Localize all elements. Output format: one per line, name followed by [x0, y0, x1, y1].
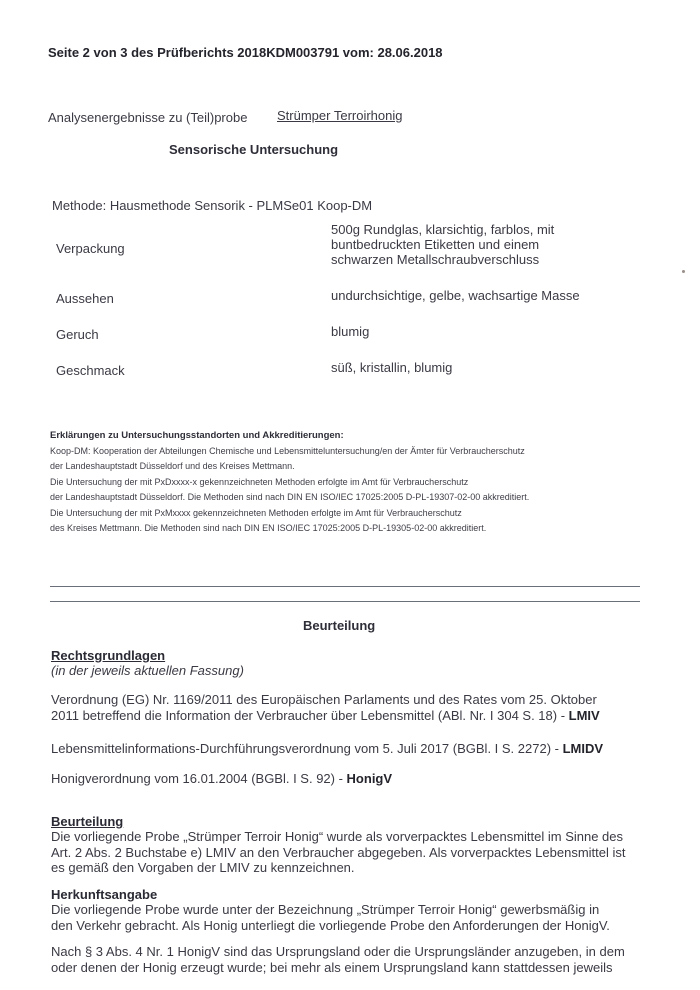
origin-heading: Herkunftsangabe: [51, 887, 157, 902]
legal-item-lmiv: Verordnung (EG) Nr. 1169/2011 des Europä…: [51, 692, 600, 723]
legal-line: Lebensmittelinformations-Durchführungsve…: [51, 741, 563, 756]
row-label-geruch: Geruch: [56, 327, 99, 342]
sample-name: Strümper Terroirhonig: [277, 108, 402, 123]
notes-line: Koop-DM: Kooperation der Abteilungen Che…: [50, 444, 529, 460]
origin-text: Die vorliegende Probe wurde unter der Be…: [51, 902, 610, 933]
legal-abbr: HonigV: [347, 771, 393, 786]
analysis-label: Analysenergebnisse zu (Teil)probe: [48, 110, 247, 125]
legal-basis-note: (in der jeweils aktuellen Fassung): [51, 663, 244, 678]
accreditation-notes: Erklärungen zu Untersuchungsstandorten u…: [50, 428, 529, 537]
legal-abbr: LMIV: [569, 708, 600, 723]
value-line: 500g Rundglas, klarsichtig, farblos, mit: [331, 222, 554, 237]
text-line: Die vorliegende Probe wurde unter der Be…: [51, 902, 610, 918]
legal-basis-heading: Rechtsgrundlagen: [51, 648, 165, 663]
scan-speck: [682, 270, 685, 273]
text-line: den Verkehr gebracht. Als Honig unterlie…: [51, 918, 610, 934]
row-value-geschmack: süß, kristallin, blumig: [331, 360, 452, 375]
row-label-geschmack: Geschmack: [56, 363, 125, 378]
value-line: schwarzen Metallschraubverschluss: [331, 252, 554, 267]
notes-line: Die Untersuchung der mit PxDxxxx-x geken…: [50, 475, 529, 491]
legal-line: 2011 betreffend die Information der Verb…: [51, 708, 569, 723]
notes-title: Erklärungen zu Untersuchungsstandorten u…: [50, 428, 529, 444]
notes-line: der Landeshauptstadt Düsseldorf und des …: [50, 459, 529, 475]
legal-item-honigv: Honigverordnung vom 16.01.2004 (BGBl. I …: [51, 771, 392, 787]
text-line: oder denen der Honig erzeugt wurde; bei …: [51, 960, 625, 976]
page-header: Seite 2 von 3 des Prüfberichts 2018KDM00…: [48, 45, 443, 60]
row-label-verpackung: Verpackung: [56, 241, 125, 256]
value-line: buntbedruckten Etiketten und einem: [331, 237, 554, 252]
text-line: es gemäß den Vorgaben der LMIV zu kennze…: [51, 860, 626, 876]
text-line: Art. 2 Abs. 2 Buchstabe e) LMIV an den V…: [51, 845, 626, 861]
row-value-geruch: blumig: [331, 324, 369, 339]
section-title: Sensorische Untersuchung: [169, 142, 338, 157]
row-value-verpackung: 500g Rundglas, klarsichtig, farblos, mit…: [331, 222, 554, 267]
notes-line: des Kreises Mettmann. Die Methoden sind …: [50, 521, 529, 537]
row-value-aussehen: undurchsichtige, gelbe, wachsartige Mass…: [331, 288, 580, 303]
divider-line: [50, 601, 640, 602]
text-line: Die vorliegende Probe „Strümper Terroir …: [51, 829, 626, 845]
text-line: Nach § 3 Abs. 4 Nr. 1 HonigV sind das Ur…: [51, 944, 625, 960]
row-label-aussehen: Aussehen: [56, 291, 114, 306]
divider-line: [50, 586, 640, 587]
evaluation-text: Die vorliegende Probe „Strümper Terroir …: [51, 829, 626, 876]
origin-text-2: Nach § 3 Abs. 4 Nr. 1 HonigV sind das Ur…: [51, 944, 625, 975]
notes-line: der Landeshauptstadt Düsseldorf. Die Met…: [50, 490, 529, 506]
legal-abbr: LMIDV: [563, 741, 603, 756]
assessment-title: Beurteilung: [303, 618, 375, 633]
evaluation-heading: Beurteilung: [51, 814, 123, 829]
notes-line: Die Untersuchung der mit PxMxxxx gekennz…: [50, 506, 529, 522]
method-line: Methode: Hausmethode Sensorik - PLMSe01 …: [52, 198, 372, 213]
legal-line: Honigverordnung vom 16.01.2004 (BGBl. I …: [51, 771, 347, 786]
legal-line: Verordnung (EG) Nr. 1169/2011 des Europä…: [51, 692, 600, 708]
legal-item-lmidv: Lebensmittelinformations-Durchführungsve…: [51, 741, 603, 757]
